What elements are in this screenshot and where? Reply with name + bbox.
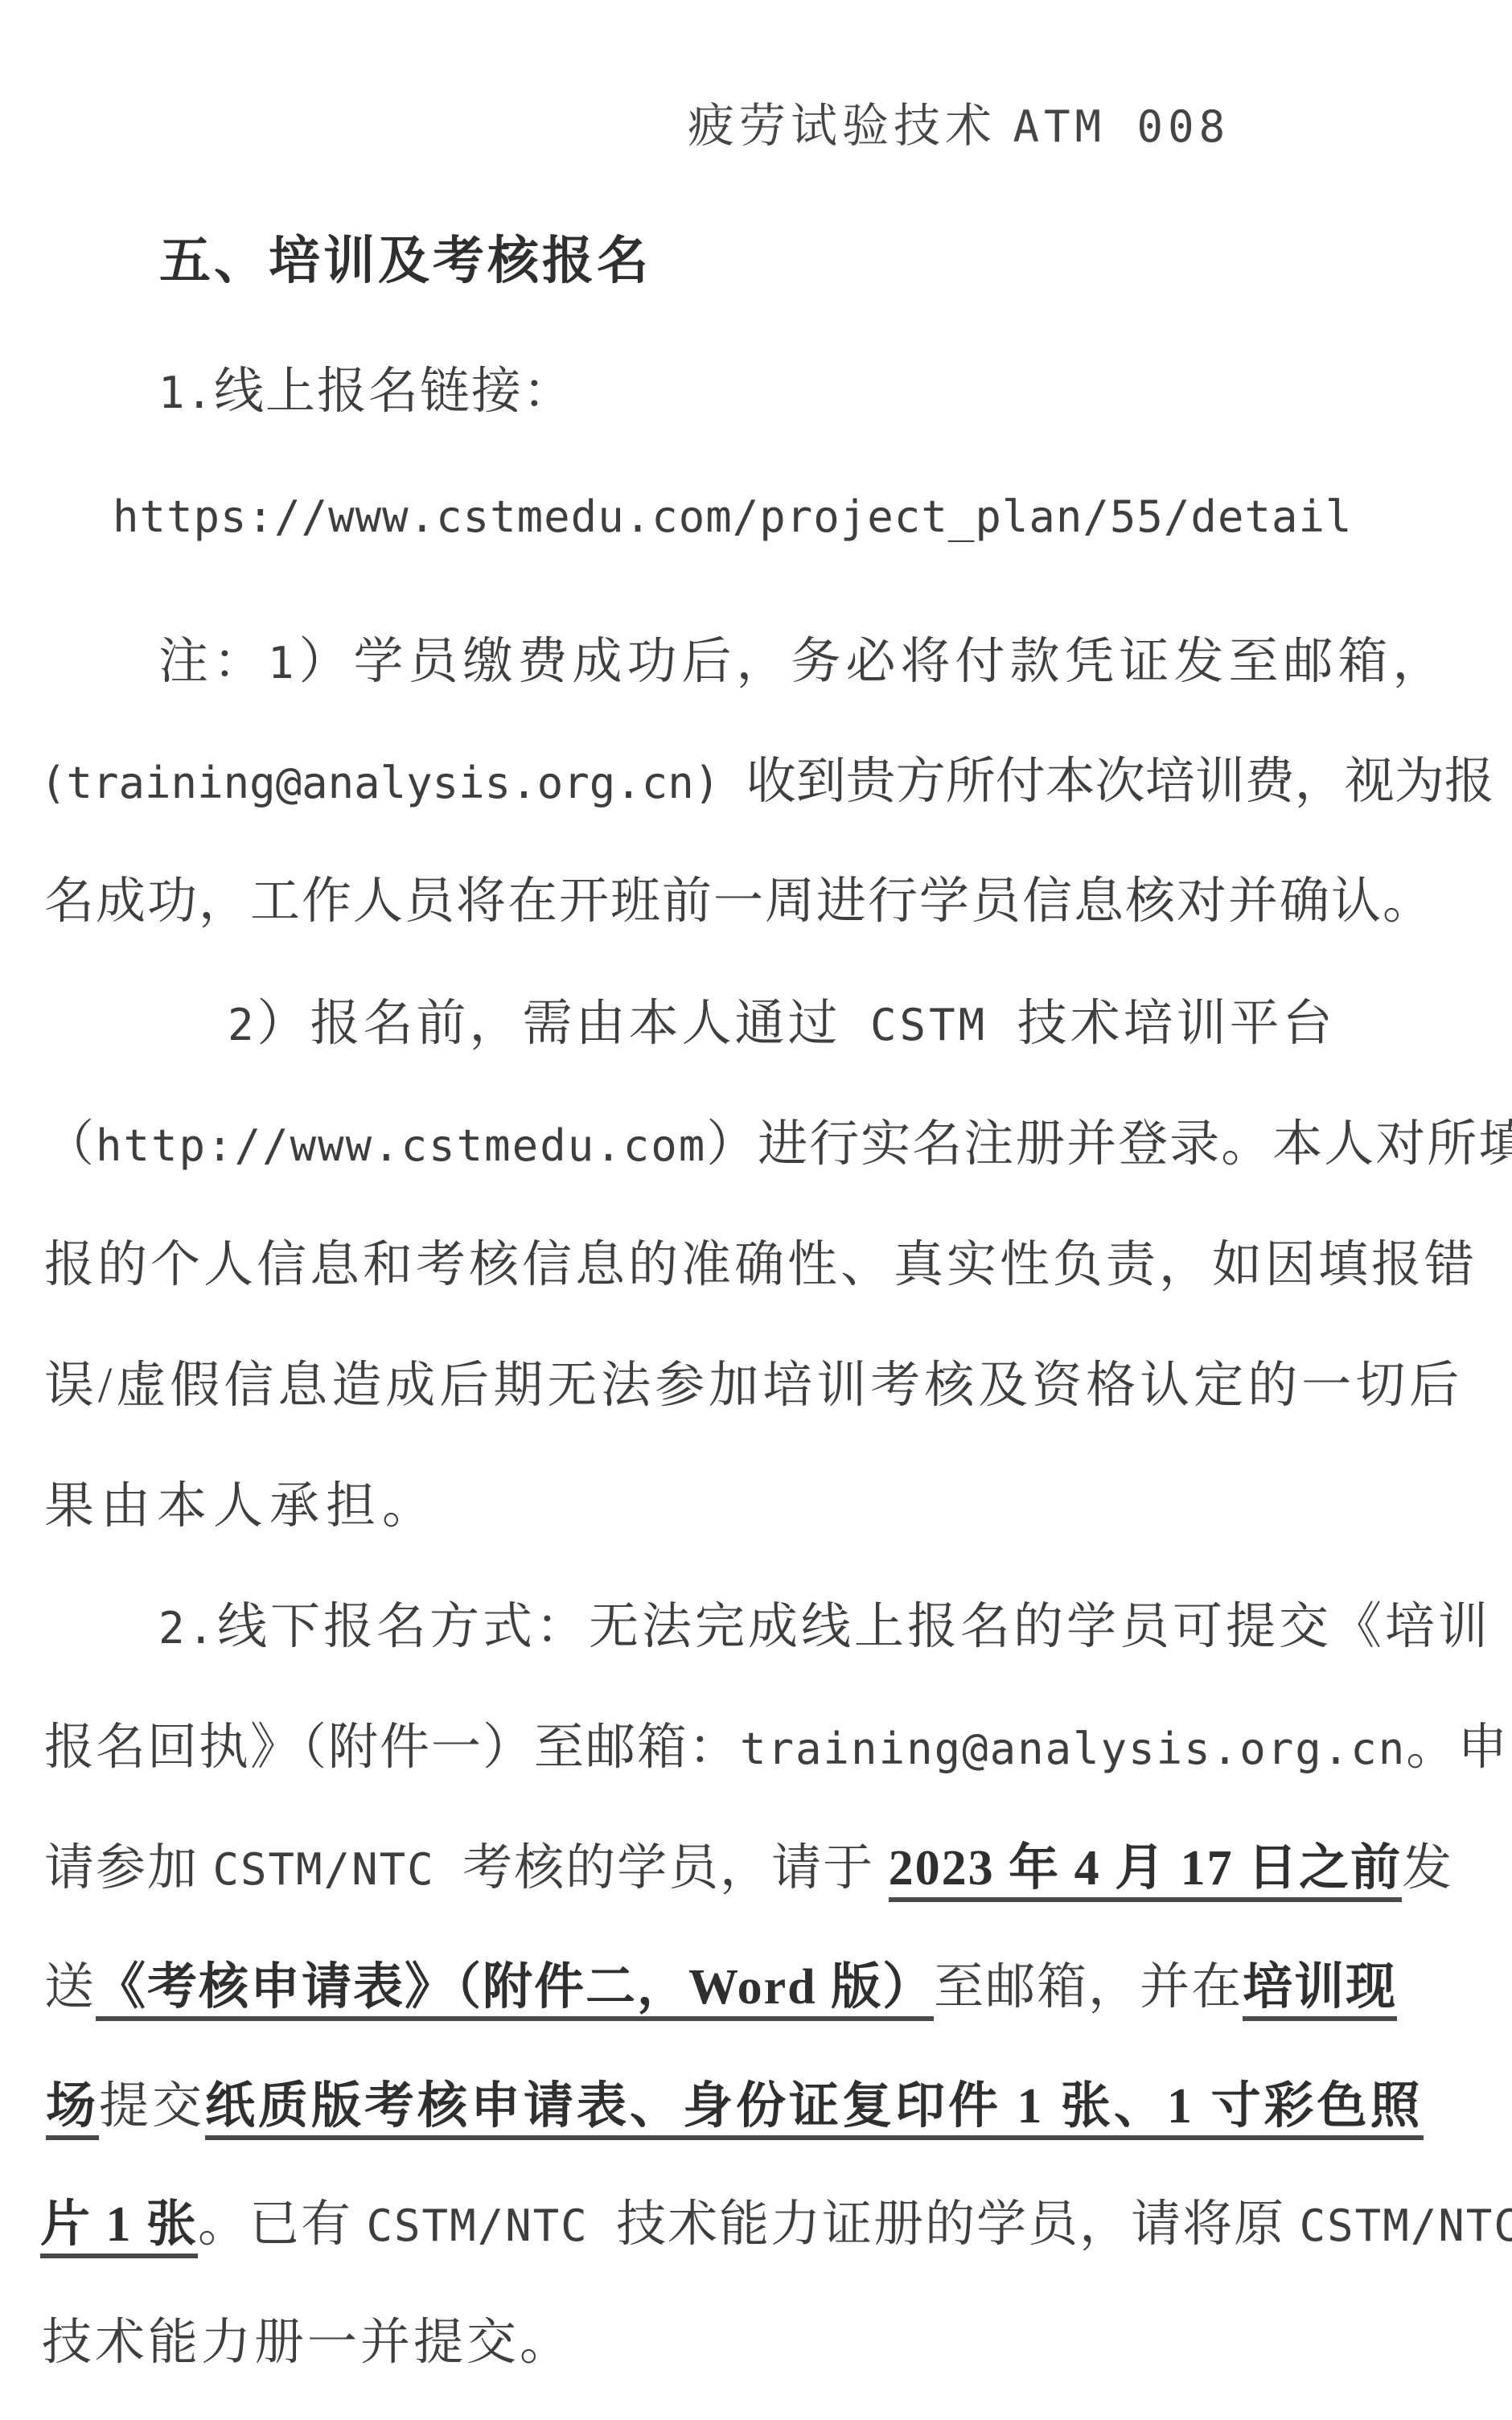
offline-signup-line-7: 技术能力册一并提交。 bbox=[42, 2318, 573, 2368]
offline-signup-line-6: 片 1 张。已有 CSTM/NTC 技术能力证册的学员，请将原 CSTM/NTC bbox=[40, 2200, 1512, 2258]
text-segment: 报的个人信息和考核信息的准确性、真实性负责，如因填报错 bbox=[44, 1238, 1477, 1292]
text-segment: 考核的学员，请于 bbox=[462, 1841, 889, 1896]
text-segment: 。申 bbox=[1406, 1720, 1509, 1775]
text-segment: 送 bbox=[44, 1960, 96, 2015]
online-signup-label: 1.线上报名链接： bbox=[158, 367, 574, 417]
text-segment: 2. bbox=[158, 1603, 217, 1654]
offline-signup-line-2: 报名回执》（附件一）至邮箱：training@analysis.org.cn。申 bbox=[44, 1723, 1509, 1773]
page-header: 疲劳试验技术 ATM 008 bbox=[688, 103, 1230, 150]
text-segment: ）报名前，需由本人通过 bbox=[257, 996, 841, 1051]
text-segment: CSTM bbox=[841, 1000, 1017, 1050]
text-segment: 收到贵方所付本次培训费，视为报 bbox=[746, 754, 1494, 809]
text-segment: 片 1 张 bbox=[40, 2200, 198, 2258]
note-1-line-3: 名成功，工作人员将在开班前一周进行学员信息核对并确认。 bbox=[44, 877, 1434, 927]
text-segment: 1 bbox=[268, 638, 299, 688]
offline-signup-line-1: 2.线下报名方式：无法完成线上报名的学员可提交《培训 bbox=[158, 1602, 1491, 1652]
text-segment: 误/虚假信息造成后期无法参加培训考核及资格认定的一切后 bbox=[44, 1358, 1463, 1413]
text-segment: 五、培训及考核报名 bbox=[159, 232, 651, 290]
text-segment: (training@analysis.org.cn) bbox=[40, 758, 746, 808]
text-segment: ）学员缴费成功后，务必将付款凭证发至邮箱， bbox=[299, 635, 1448, 689]
section-title: 五、培训及考核报名 bbox=[159, 236, 651, 287]
text-segment: 提交 bbox=[99, 2079, 205, 2134]
text-segment: 2023 年 4 月 17 日之前 bbox=[889, 1843, 1403, 1902]
text-segment: http://www.cstmedu.com bbox=[96, 1120, 706, 1171]
text-segment: 。已有 bbox=[198, 2197, 367, 2252]
text-segment: 《考核申请表》（附件二，Word 版） bbox=[96, 1962, 934, 2021]
offline-signup-line-5: 场提交纸质版考核申请表、身份证复印件 1 张、1 寸彩色照 bbox=[46, 2081, 1424, 2140]
text-segment: 技术能力册一并提交。 bbox=[42, 2315, 573, 2370]
document-page: 疲劳试验技术 ATM 008五、培训及考核报名1.线上报名链接：https://… bbox=[0, 0, 1512, 2420]
text-segment: https://www.cstmedu.com/project_plan/55/… bbox=[113, 491, 1353, 542]
text-segment: 果由本人承担。 bbox=[44, 1479, 438, 1534]
text-segment: ）进行实名注册并登录。本人对所填 bbox=[706, 1117, 1512, 1172]
note-2-line-4: 误/虚假信息造成后期无法参加培训考核及资格认定的一切后 bbox=[44, 1361, 1463, 1411]
note-1-line-2: (training@analysis.org.cn) 收到贵方所付本次培训费，视… bbox=[40, 757, 1494, 807]
text-segment: 疲劳试验技术 bbox=[688, 100, 1013, 152]
text-segment: 线上报名链接： bbox=[214, 364, 574, 419]
text-segment: 技术能力证册的学员，请将原 bbox=[616, 2197, 1300, 2252]
text-segment: CSTM/NTC bbox=[1300, 2200, 1512, 2251]
text-segment: 场 bbox=[46, 2081, 99, 2140]
text-segment: 至邮箱，并在 bbox=[934, 1960, 1243, 2015]
text-segment: 请参加 bbox=[44, 1841, 213, 1896]
online-signup-url: https://www.cstmedu.com/project_plan/55/… bbox=[113, 491, 1353, 540]
text-segment: CSTM/NTC bbox=[367, 2200, 617, 2251]
note-2-line-2: （http://www.cstmedu.com）进行实名注册并登录。本人对所填 bbox=[44, 1120, 1512, 1169]
text-segment: 名成功，工作人员将在开班前一周进行学员信息核对并确认。 bbox=[44, 874, 1434, 929]
text-segment: 1. bbox=[158, 368, 214, 418]
text-segment: ATM 008 bbox=[1013, 101, 1231, 152]
text-segment: 技术培训平台 bbox=[1017, 996, 1336, 1051]
text-segment: training@analysis.org.cn bbox=[740, 1724, 1406, 1774]
text-segment: 线下报名方式：无法完成线上报名的学员可提交《培训 bbox=[217, 1600, 1491, 1654]
text-segment: CSTM/NTC bbox=[213, 1844, 463, 1895]
text-segment: 培训现 bbox=[1243, 1962, 1397, 2021]
text-segment: 2 bbox=[228, 1000, 257, 1050]
note-2-line-3: 报的个人信息和考核信息的准确性、真实性负责，如因填报错 bbox=[44, 1240, 1477, 1290]
text-segment: 纸质版考核申请表、身份证复印件 1 张、1 寸彩色照 bbox=[205, 2081, 1424, 2140]
offline-signup-line-4: 送《考核申请表》（附件二，Word 版）至邮箱，并在培训现 bbox=[44, 1962, 1397, 2021]
text-segment: 发 bbox=[1402, 1841, 1453, 1896]
text-segment: 报名回执》（附件一）至邮箱： bbox=[44, 1720, 740, 1775]
text-segment: （ bbox=[44, 1117, 96, 1172]
note-2-line-5: 果由本人承担。 bbox=[44, 1481, 438, 1531]
text-segment: 注： bbox=[158, 635, 268, 689]
note-1-line-1: 注：1）学员缴费成功后，务必将付款凭证发至邮箱， bbox=[158, 637, 1448, 687]
note-2-line-1: 2）报名前，需由本人通过 CSTM 技术培训平台 bbox=[228, 999, 1336, 1049]
offline-signup-line-3: 请参加 CSTM/NTC 考核的学员，请于 2023 年 4 月 17 日之前发 bbox=[44, 1843, 1453, 1902]
